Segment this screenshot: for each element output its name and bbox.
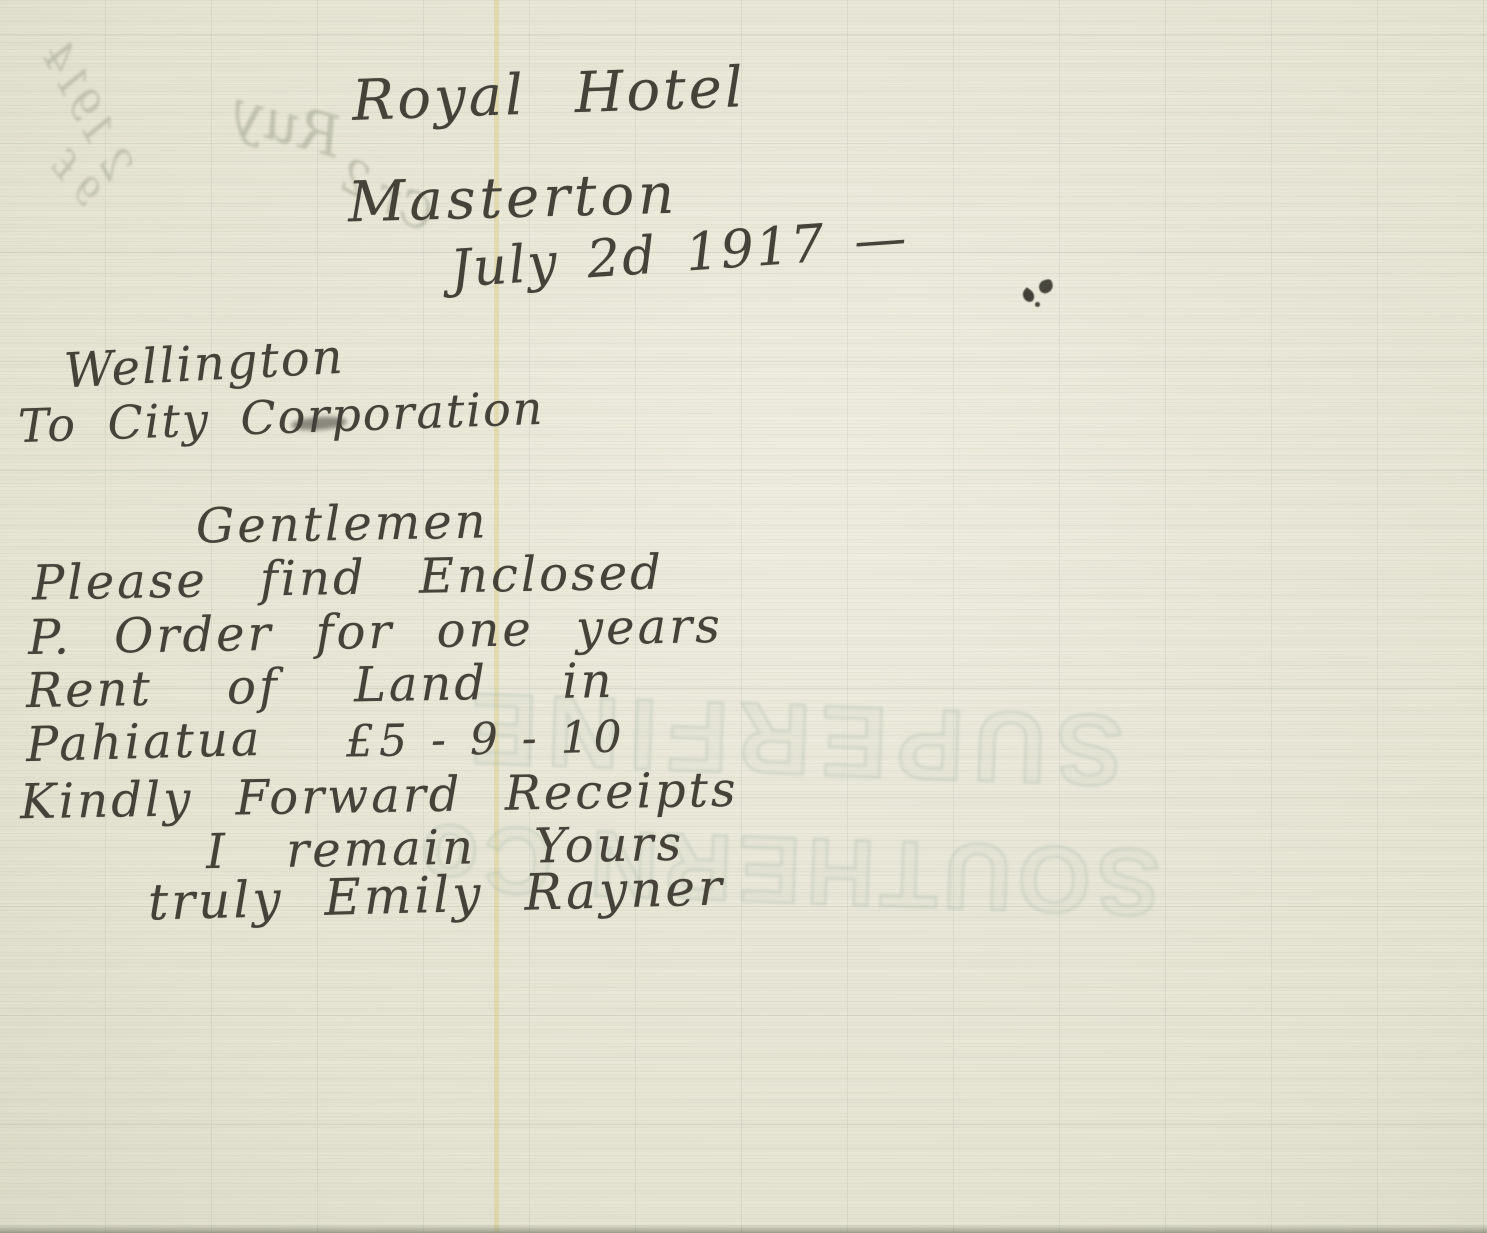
body-amount: £5 - 9 - 10 <box>346 712 628 768</box>
body-place-name: Pahiatua <box>25 711 263 773</box>
ink-blot <box>1022 280 1058 312</box>
ink-blot-part <box>1035 302 1040 307</box>
letter-page: 2 1914 9 £ Ruy Cr 2 SOUTHERN Co SUPERFIN… <box>0 0 1487 1233</box>
ink-blot-part <box>1037 278 1054 294</box>
letterhead-city: Masterton <box>347 162 679 236</box>
body-line-2: P. Order for one years <box>28 598 724 666</box>
ink-blot-part <box>1020 287 1037 304</box>
ghost-showthrough-text: Ruy <box>225 78 349 171</box>
salutation: Gentlemen <box>196 493 489 554</box>
letterhead-hotel: Royal Hotel <box>351 55 747 134</box>
body-line-3: Rent of Land in <box>26 653 615 719</box>
